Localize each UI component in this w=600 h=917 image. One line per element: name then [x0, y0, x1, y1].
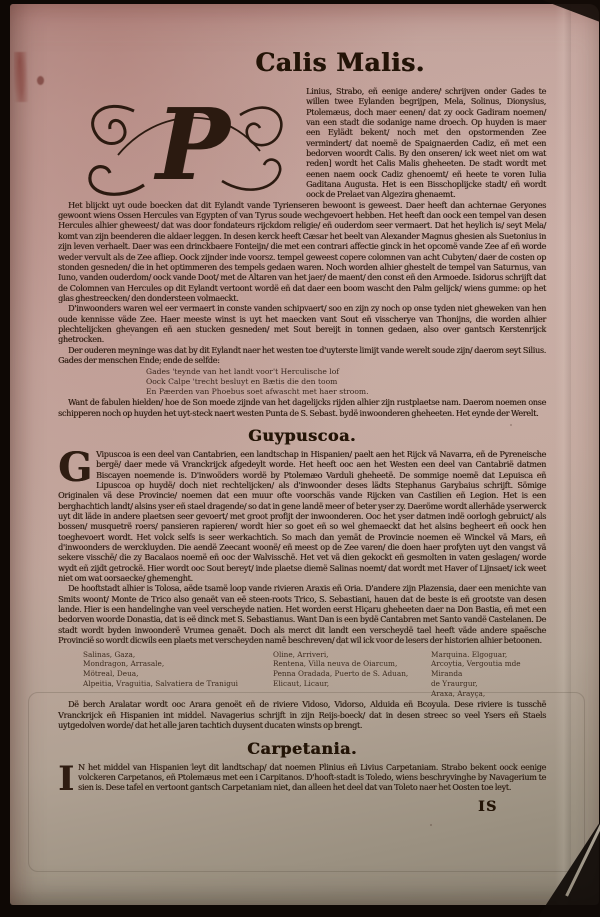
book-page-scan: Calis Malis. P Linius, Strabo, eñ eenige…: [10, 4, 599, 905]
flourish-stroke: [93, 106, 134, 143]
place-line: Araxa, Arayça,: [431, 689, 546, 699]
place-line: Oline, Arriveri,: [273, 650, 431, 660]
paragraph-text: Vipuscoa is een deel van Cantabrien, een…: [58, 450, 546, 583]
verse-block: Gades 'teynde van het landt voor't Hercu…: [58, 367, 546, 397]
place-line: Penna Oradada, Puerto de S. Aduan,: [273, 669, 431, 679]
place-column-1: Salinas, Gaza, Mondragon, Arrasale, Mötr…: [83, 650, 273, 699]
signature-mark: IS: [478, 802, 546, 812]
paragraph-carpetania-1: I N het middel van Hispanien leyt dit la…: [58, 763, 546, 794]
section-carpetania: I N het middel van Hispanien leyt dit la…: [58, 763, 546, 812]
ornate-initial-box: P: [72, 89, 298, 199]
dark-corner-bottom-right: [538, 822, 600, 917]
verse-line: En Pæerden van Phoebus soet afwascht met…: [146, 387, 546, 397]
place-names-table: Salinas, Gaza, Mondragon, Arrasale, Mötr…: [58, 650, 546, 699]
drop-cap-letter-I: I: [58, 764, 74, 794]
ornate-initial-flourish: P: [72, 89, 298, 199]
drop-cap-letter-G: G: [58, 451, 92, 484]
drop-cap-letter-P: P: [153, 89, 233, 199]
section-calis-malis: P Linius, Strabo, eñ eenige andere/ schr…: [58, 87, 546, 419]
paragraph-text: N het middel van Hispanien leyt dit land…: [78, 763, 546, 793]
page-title: Calis Malis.: [96, 48, 584, 77]
red-stain-dot: [37, 76, 44, 85]
paragraph-guipuzcoa-2: De hooftstadt alhier is Tolosa, aëde tsa…: [58, 584, 546, 646]
place-line: Rentena, Villa neuva de Oiarcum,: [273, 659, 431, 669]
heading-carpetania: Carpetania.: [58, 739, 546, 758]
place-line: Mondragon, Arrasale,: [83, 659, 273, 669]
paragraph-text: Linius, Strabo, eñ eenige andere/ schrij…: [306, 87, 546, 199]
heading-guipuzcoa: Guypuscoa.: [58, 426, 546, 445]
place-line: Marquina. Elgoguar,: [431, 650, 546, 660]
place-line: Arcoytia, Vergoutia mde Miranda: [431, 659, 546, 679]
paragraph-guipuzcoa-3: Dë berch Aralatar wordt ooc Arara genoët…: [58, 700, 546, 731]
paragraph-calis-5: Want de fabulen hielden/ hoe de Son moed…: [58, 398, 546, 419]
place-line: Mötreal, Deua,: [83, 669, 273, 679]
flourish-stroke: [222, 160, 280, 190]
red-stain-drip: [14, 52, 28, 102]
paragraph-calis-1: P Linius, Strabo, eñ eenige andere/ schr…: [58, 87, 546, 201]
place-column-2: Oline, Arriveri, Rentena, Villa neuva de…: [273, 650, 431, 699]
dark-corner-top-right: [542, 0, 600, 22]
verse-line: Gades 'teynde van het landt voor't Hercu…: [146, 367, 546, 377]
place-line: de Yraurgur,: [431, 679, 546, 689]
flourish-stroke: [90, 167, 144, 195]
paragraph-guipuzcoa-1: G Vipuscoa is een deel van Cantabrien, e…: [58, 450, 546, 584]
verse-line: Oock Calpe 'trecht besluyt en Bætis die …: [146, 377, 546, 387]
page-content: Calis Malis. P Linius, Strabo, eñ eenige…: [58, 48, 546, 812]
section-guipuzcoa: G Vipuscoa is een deel van Cantabrien, e…: [58, 450, 546, 732]
paragraph-calis-4: Der ouderen meyninge was dat by dit Eyla…: [58, 346, 546, 367]
place-line: Salinas, Gaza,: [83, 650, 273, 660]
paragraph-calis-3: D'inwoonders waren wel eer vermaert in c…: [58, 304, 546, 345]
paper-specks: [10, 4, 12, 6]
flourish-stroke: [240, 108, 281, 146]
paragraph-calis-2: Het blijckt uyt oude boecken dat dit Eyl…: [58, 201, 546, 304]
place-column-3: Marquina. Elgoguar, Arcoytia, Vergoutia …: [431, 650, 546, 699]
place-line: Elicaut, Licaur,: [273, 679, 431, 689]
place-line: Alpeitia, Vraguitia, Salvatiera de Trani…: [83, 679, 273, 689]
